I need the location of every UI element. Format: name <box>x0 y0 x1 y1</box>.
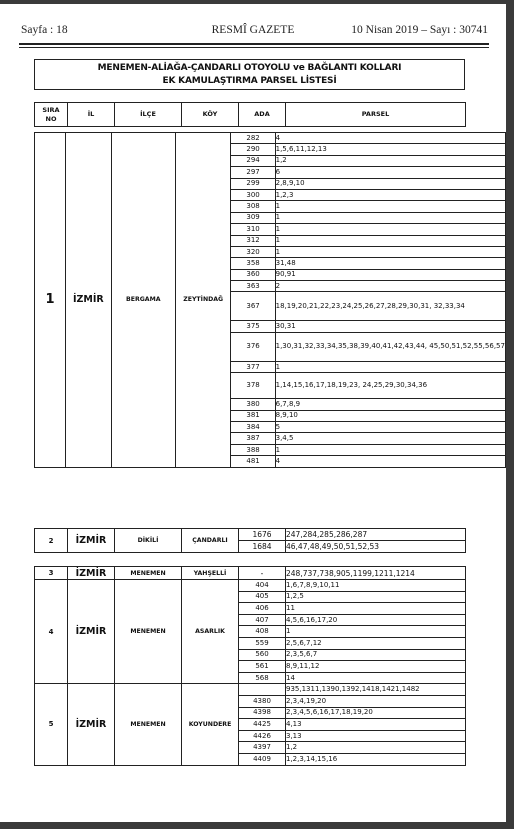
ada-cell: 294 <box>231 155 275 166</box>
parsel-cell: 6 <box>275 167 505 178</box>
ada-cell: 481 <box>231 456 275 467</box>
ada-cell: 358 <box>231 258 275 269</box>
sira-no-cell: 4 <box>35 580 68 684</box>
ada-cell: 377 <box>231 361 275 372</box>
parcel-group-table-3-5: 3İZMİRMENEMENYAHŞELLİ-248,737,738,905,11… <box>34 566 466 766</box>
date-issue: 10 Nisan 2019 – Sayı : 30741 <box>351 24 488 36</box>
table-row: 3İZMİRMENEMENYAHŞELLİ-248,737,738,905,11… <box>35 567 466 580</box>
ada-cell: 568 <box>239 672 286 684</box>
parsel-cell: 1,2 <box>286 742 466 754</box>
ada-cell: 375 <box>231 321 275 332</box>
parsel-cell: 90,91 <box>275 269 505 280</box>
ada-cell: 4380 <box>239 695 286 707</box>
ada-cell: - <box>239 567 286 580</box>
ada-cell: 4398 <box>239 707 286 719</box>
table-row: 5İZMİRMENEMENKOYUNDERE935,1311,1390,1392… <box>35 684 466 696</box>
col-il: İL <box>68 103 115 127</box>
koy-cell: ÇANDARLI <box>182 529 239 553</box>
il-cell: İZMİR <box>68 580 115 684</box>
parsel-cell: 247,284,285,286,287 <box>286 529 466 541</box>
table-row: 1İZMİRBERGAMAZEYTİNDAĞ2824 <box>35 133 506 144</box>
parsel-cell: 1,14,15,16,17,18,19,23, 24,25,29,30,34,3… <box>275 373 505 399</box>
parsel-cell: 1 <box>275 201 505 212</box>
col-sira-no: SIRANO <box>35 103 68 127</box>
ada-cell: 561 <box>239 661 286 673</box>
parsel-cell: 2,3,4,19,20 <box>286 695 466 707</box>
ada-cell: 1676 <box>239 529 286 541</box>
il-cell: İZMİR <box>65 133 111 468</box>
ilce-cell: MENEMEN <box>115 567 182 580</box>
parsel-cell: 1,2 <box>275 155 505 166</box>
ada-cell: 290 <box>231 144 275 155</box>
ada-cell: 4425 <box>239 719 286 731</box>
ada-cell: 4409 <box>239 753 286 765</box>
ada-cell: 299 <box>231 178 275 189</box>
parsel-cell: 4 <box>275 133 505 144</box>
ada-cell: 4397 <box>239 742 286 754</box>
koy-cell: YAHŞELLİ <box>182 567 239 580</box>
ada-cell: 320 <box>231 246 275 257</box>
title-line-2: EK KAMULAŞTIRMA PARSEL LİSTESİ <box>35 75 464 88</box>
parsel-cell: 1,6,7,8,9,10,11 <box>286 580 466 592</box>
parsel-cell: 2,8,9,10 <box>275 178 505 189</box>
parsel-cell: 31,48 <box>275 258 505 269</box>
gazette-page: Sayfa : 18 RESMÎ GAZETE 10 Nisan 2019 – … <box>0 4 506 822</box>
sira-no-cell: 5 <box>35 684 68 765</box>
ada-cell: 404 <box>239 580 286 592</box>
parsel-cell: 2,3,4,5,6,16,17,18,19,20 <box>286 707 466 719</box>
ada-cell: 376 <box>231 332 275 361</box>
koy-cell: ASARLIK <box>182 580 239 684</box>
ada-cell: 405 <box>239 591 286 603</box>
title-line-1: MENEMEN-ALİAĞA-ÇANDARLI OTOYOLU ve BAĞLA… <box>35 62 464 75</box>
sira-no-cell: 1 <box>35 133 66 468</box>
parsel-cell: 935,1311,1390,1392,1418,1421,1482 <box>286 684 466 696</box>
col-ada: ADA <box>239 103 286 127</box>
ilce-cell: MENEMEN <box>115 684 182 765</box>
il-cell: İZMİR <box>68 684 115 765</box>
ada-cell: 367 <box>231 292 275 321</box>
ada-cell: 407 <box>239 614 286 626</box>
parsel-cell: 1,2,3,14,15,16 <box>286 753 466 765</box>
il-cell: İZMİR <box>68 567 115 580</box>
ada-cell: 312 <box>231 235 275 246</box>
sira-no-cell: 2 <box>35 529 68 553</box>
parsel-cell: 4,5,6,16,17,20 <box>286 614 466 626</box>
ada-cell: 381 <box>231 410 275 421</box>
ada-cell: 282 <box>231 133 275 144</box>
parsel-cell: 1 <box>275 212 505 223</box>
ada-cell <box>239 684 286 696</box>
ada-cell: 378 <box>231 373 275 399</box>
parsel-cell: 2 <box>275 281 505 292</box>
ada-cell: 300 <box>231 189 275 200</box>
parsel-cell: 1 <box>275 235 505 246</box>
ada-cell: 560 <box>239 649 286 661</box>
ada-cell: 309 <box>231 212 275 223</box>
parsel-cell: 14 <box>286 672 466 684</box>
parsel-cell: 1,5,6,11,12,13 <box>275 144 505 155</box>
header-rule-thick <box>19 43 489 45</box>
parsel-cell: 3,4,5 <box>275 433 505 444</box>
col-ilce: İLÇE <box>115 103 182 127</box>
parsel-cell: 1 <box>286 626 466 638</box>
sira-no-cell: 3 <box>35 567 68 580</box>
ada-cell: 559 <box>239 637 286 649</box>
parsel-cell: 4 <box>275 456 505 467</box>
ilce-cell: BERGAMA <box>111 133 175 468</box>
ada-cell: 4426 <box>239 730 286 742</box>
ada-cell: 360 <box>231 269 275 280</box>
parcel-group-table-2: 2İZMİRDİKİLİÇANDARLI1676247,284,285,286,… <box>34 528 466 553</box>
parsel-cell: 2,5,6,7,12 <box>286 637 466 649</box>
parsel-cell: 30,31 <box>275 321 505 332</box>
col-koy: KÖY <box>182 103 239 127</box>
table-row: 2İZMİRDİKİLİÇANDARLI1676247,284,285,286,… <box>35 529 466 541</box>
table-row: 4İZMİRMENEMENASARLIK4041,6,7,8,9,10,11 <box>35 580 466 592</box>
parcel-group-table-1: 1İZMİRBERGAMAZEYTİNDAĞ28242901,5,6,11,12… <box>34 132 506 468</box>
ada-cell: 387 <box>231 433 275 444</box>
parsel-cell: 1 <box>275 246 505 257</box>
parsel-cell: 8,9,11,12 <box>286 661 466 673</box>
ada-cell: 380 <box>231 399 275 410</box>
column-header-table: SIRANO İL İLÇE KÖY ADA PARSEL <box>34 102 466 127</box>
document-title-box: MENEMEN-ALİAĞA-ÇANDARLI OTOYOLU ve BAĞLA… <box>34 59 465 90</box>
ada-cell: 408 <box>239 626 286 638</box>
parsel-cell: 3,13 <box>286 730 466 742</box>
col-parsel: PARSEL <box>286 103 466 127</box>
parsel-cell: 1,2,5 <box>286 591 466 603</box>
il-cell: İZMİR <box>68 529 115 553</box>
koy-cell: ZEYTİNDAĞ <box>175 133 231 468</box>
ada-cell: 310 <box>231 224 275 235</box>
parsel-cell: 248,737,738,905,1199,1211,1214 <box>286 567 466 580</box>
parsel-cell: 46,47,48,49,50,51,52,53 <box>286 541 466 553</box>
parsel-cell: 8,9,10 <box>275 410 505 421</box>
ada-cell: 384 <box>231 422 275 433</box>
koy-cell: KOYUNDERE <box>182 684 239 765</box>
ada-cell: 388 <box>231 444 275 455</box>
ada-cell: 297 <box>231 167 275 178</box>
parsel-cell: 4,13 <box>286 719 466 731</box>
parsel-cell: 2,3,5,6,7 <box>286 649 466 661</box>
ilce-cell: MENEMEN <box>115 580 182 684</box>
parsel-cell: 1 <box>275 444 505 455</box>
parsel-cell: 11 <box>286 603 466 615</box>
parsel-cell: 1 <box>275 224 505 235</box>
parsel-cell: 1,30,31,32,33,34,35,38,39,40,41,42,43,44… <box>275 332 505 361</box>
header-rule-thin <box>19 47 489 48</box>
ada-cell: 363 <box>231 281 275 292</box>
parsel-cell: 5 <box>275 422 505 433</box>
ada-cell: 1684 <box>239 541 286 553</box>
parsel-cell: 6,7,8,9 <box>275 399 505 410</box>
parsel-cell: 1 <box>275 361 505 372</box>
parsel-cell: 18,19,20,21,22,23,24,25,26,27,28,29,30,3… <box>275 292 505 321</box>
parsel-cell: 1,2,3 <box>275 189 505 200</box>
ada-cell: 406 <box>239 603 286 615</box>
ada-cell: 308 <box>231 201 275 212</box>
ilce-cell: DİKİLİ <box>115 529 182 553</box>
